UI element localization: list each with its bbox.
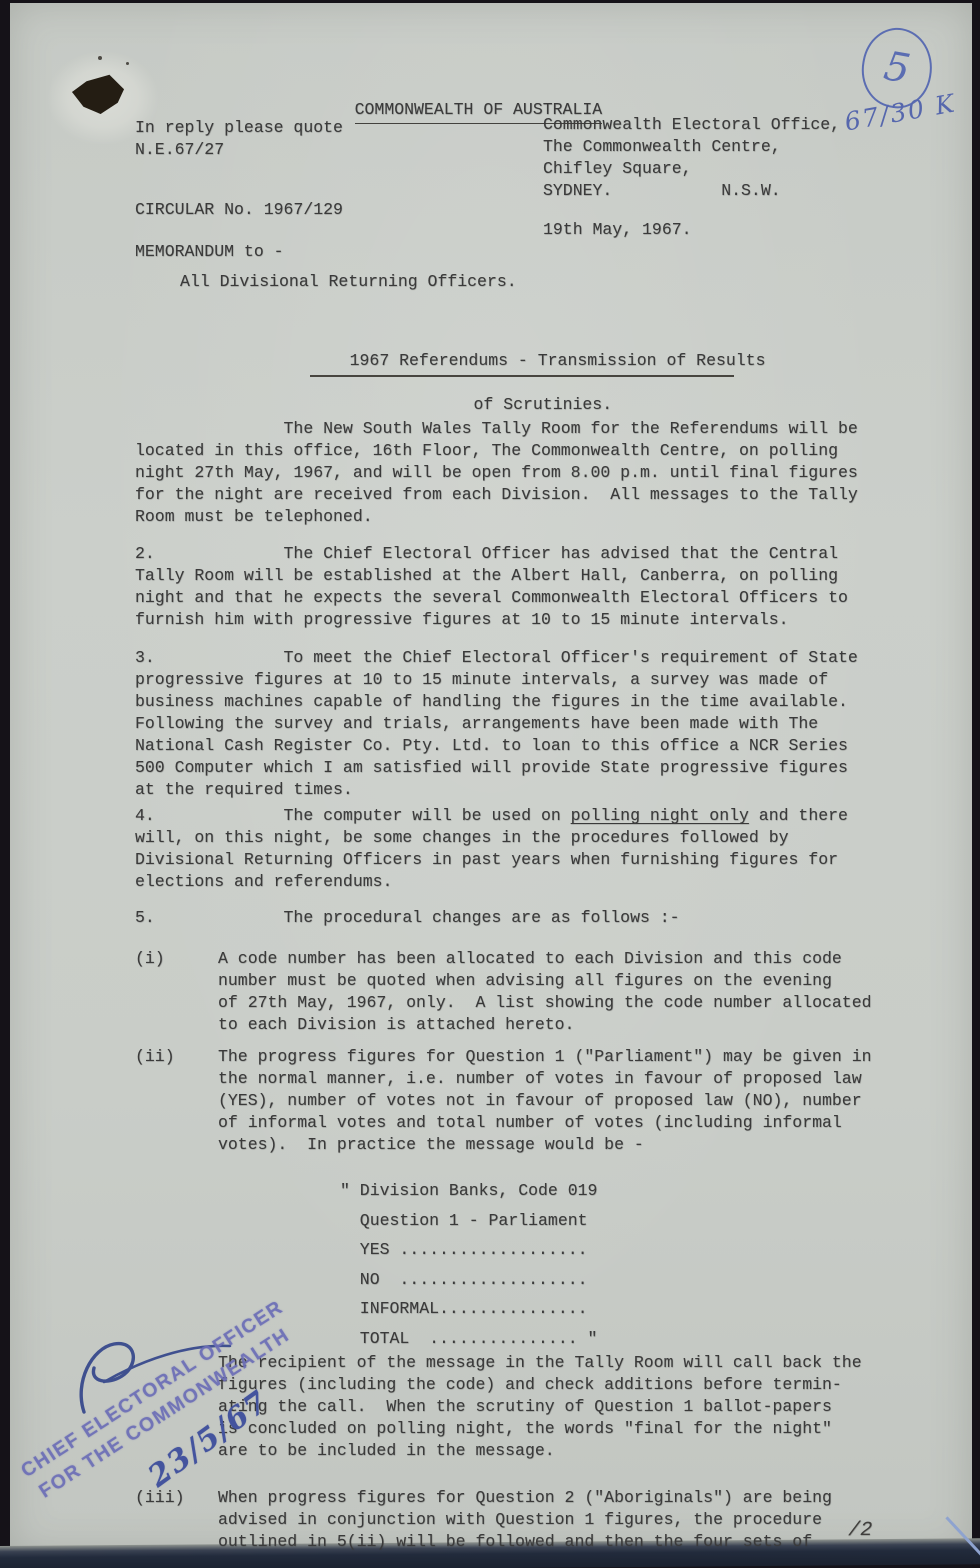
list-item-iii: (iii) When progress figures for Question…	[135, 1487, 895, 1553]
list-item-i: (i) A code number has been allocated to …	[135, 948, 875, 1036]
paragraph-4-pre: 4. The computer will be used on	[135, 806, 571, 825]
item-i-label: (i)	[135, 948, 218, 1036]
memorandum-label: MEMORANDUM to -	[135, 241, 284, 263]
photo-edge-left	[0, 0, 10, 1568]
paragraph-2: 2. The Chief Electoral Officer has advis…	[135, 543, 848, 631]
paragraph-4: 4. The computer will be used on polling …	[135, 805, 848, 893]
page-marker: /2	[846, 1520, 875, 1542]
subject-line-1: 1967 Referendums - Transmission of Resul…	[350, 351, 766, 370]
scanned-memo-photo: COMMONWEALTH OF AUSTRALIA In reply pleas…	[0, 0, 980, 1568]
item-iii-label: (iii)	[135, 1487, 218, 1553]
item-ii-text: The progress figures for Question 1 ("Pa…	[218, 1046, 872, 1156]
item-i-text: A code number has been allocated to each…	[218, 948, 872, 1036]
paper-speck	[126, 62, 129, 65]
subject-line-2: of Scrutinies.	[473, 395, 612, 414]
paragraph-1: The New South Wales Tally Room for the R…	[135, 418, 858, 528]
circular-number: CIRCULAR No. 1967/129	[135, 199, 343, 221]
list-item-ii: (ii) The progress figures for Question 1…	[135, 1046, 895, 1156]
photo-edge-top	[0, 0, 980, 3]
sample-message-block: " Division Banks, Code 019 Question 1 - …	[340, 1176, 597, 1353]
office-address: Commonwealth Electoral Office, The Commo…	[543, 114, 840, 202]
paragraph-5: 5. The procedural changes are as follows…	[135, 907, 680, 929]
paragraph-3: 3. To meet the Chief Electoral Officer's…	[135, 647, 858, 801]
circled-number: 5	[880, 43, 913, 93]
document-date: 19th May, 1967.	[543, 219, 692, 241]
paragraph-4-underlined: polling night only	[571, 806, 749, 825]
recipient-paragraph: The recipient of the message in the Tall…	[218, 1352, 862, 1462]
addressee: All Divisional Returning Officers.	[180, 271, 517, 293]
paper-speck	[98, 56, 102, 60]
reply-reference: In reply please quote N.E.67/27	[135, 117, 343, 161]
item-iii-text: When progress figures for Question 2 ("A…	[218, 1487, 832, 1553]
item-ii-label: (ii)	[135, 1046, 218, 1156]
subject-rule	[310, 375, 734, 377]
photo-edge-right	[972, 0, 980, 1568]
